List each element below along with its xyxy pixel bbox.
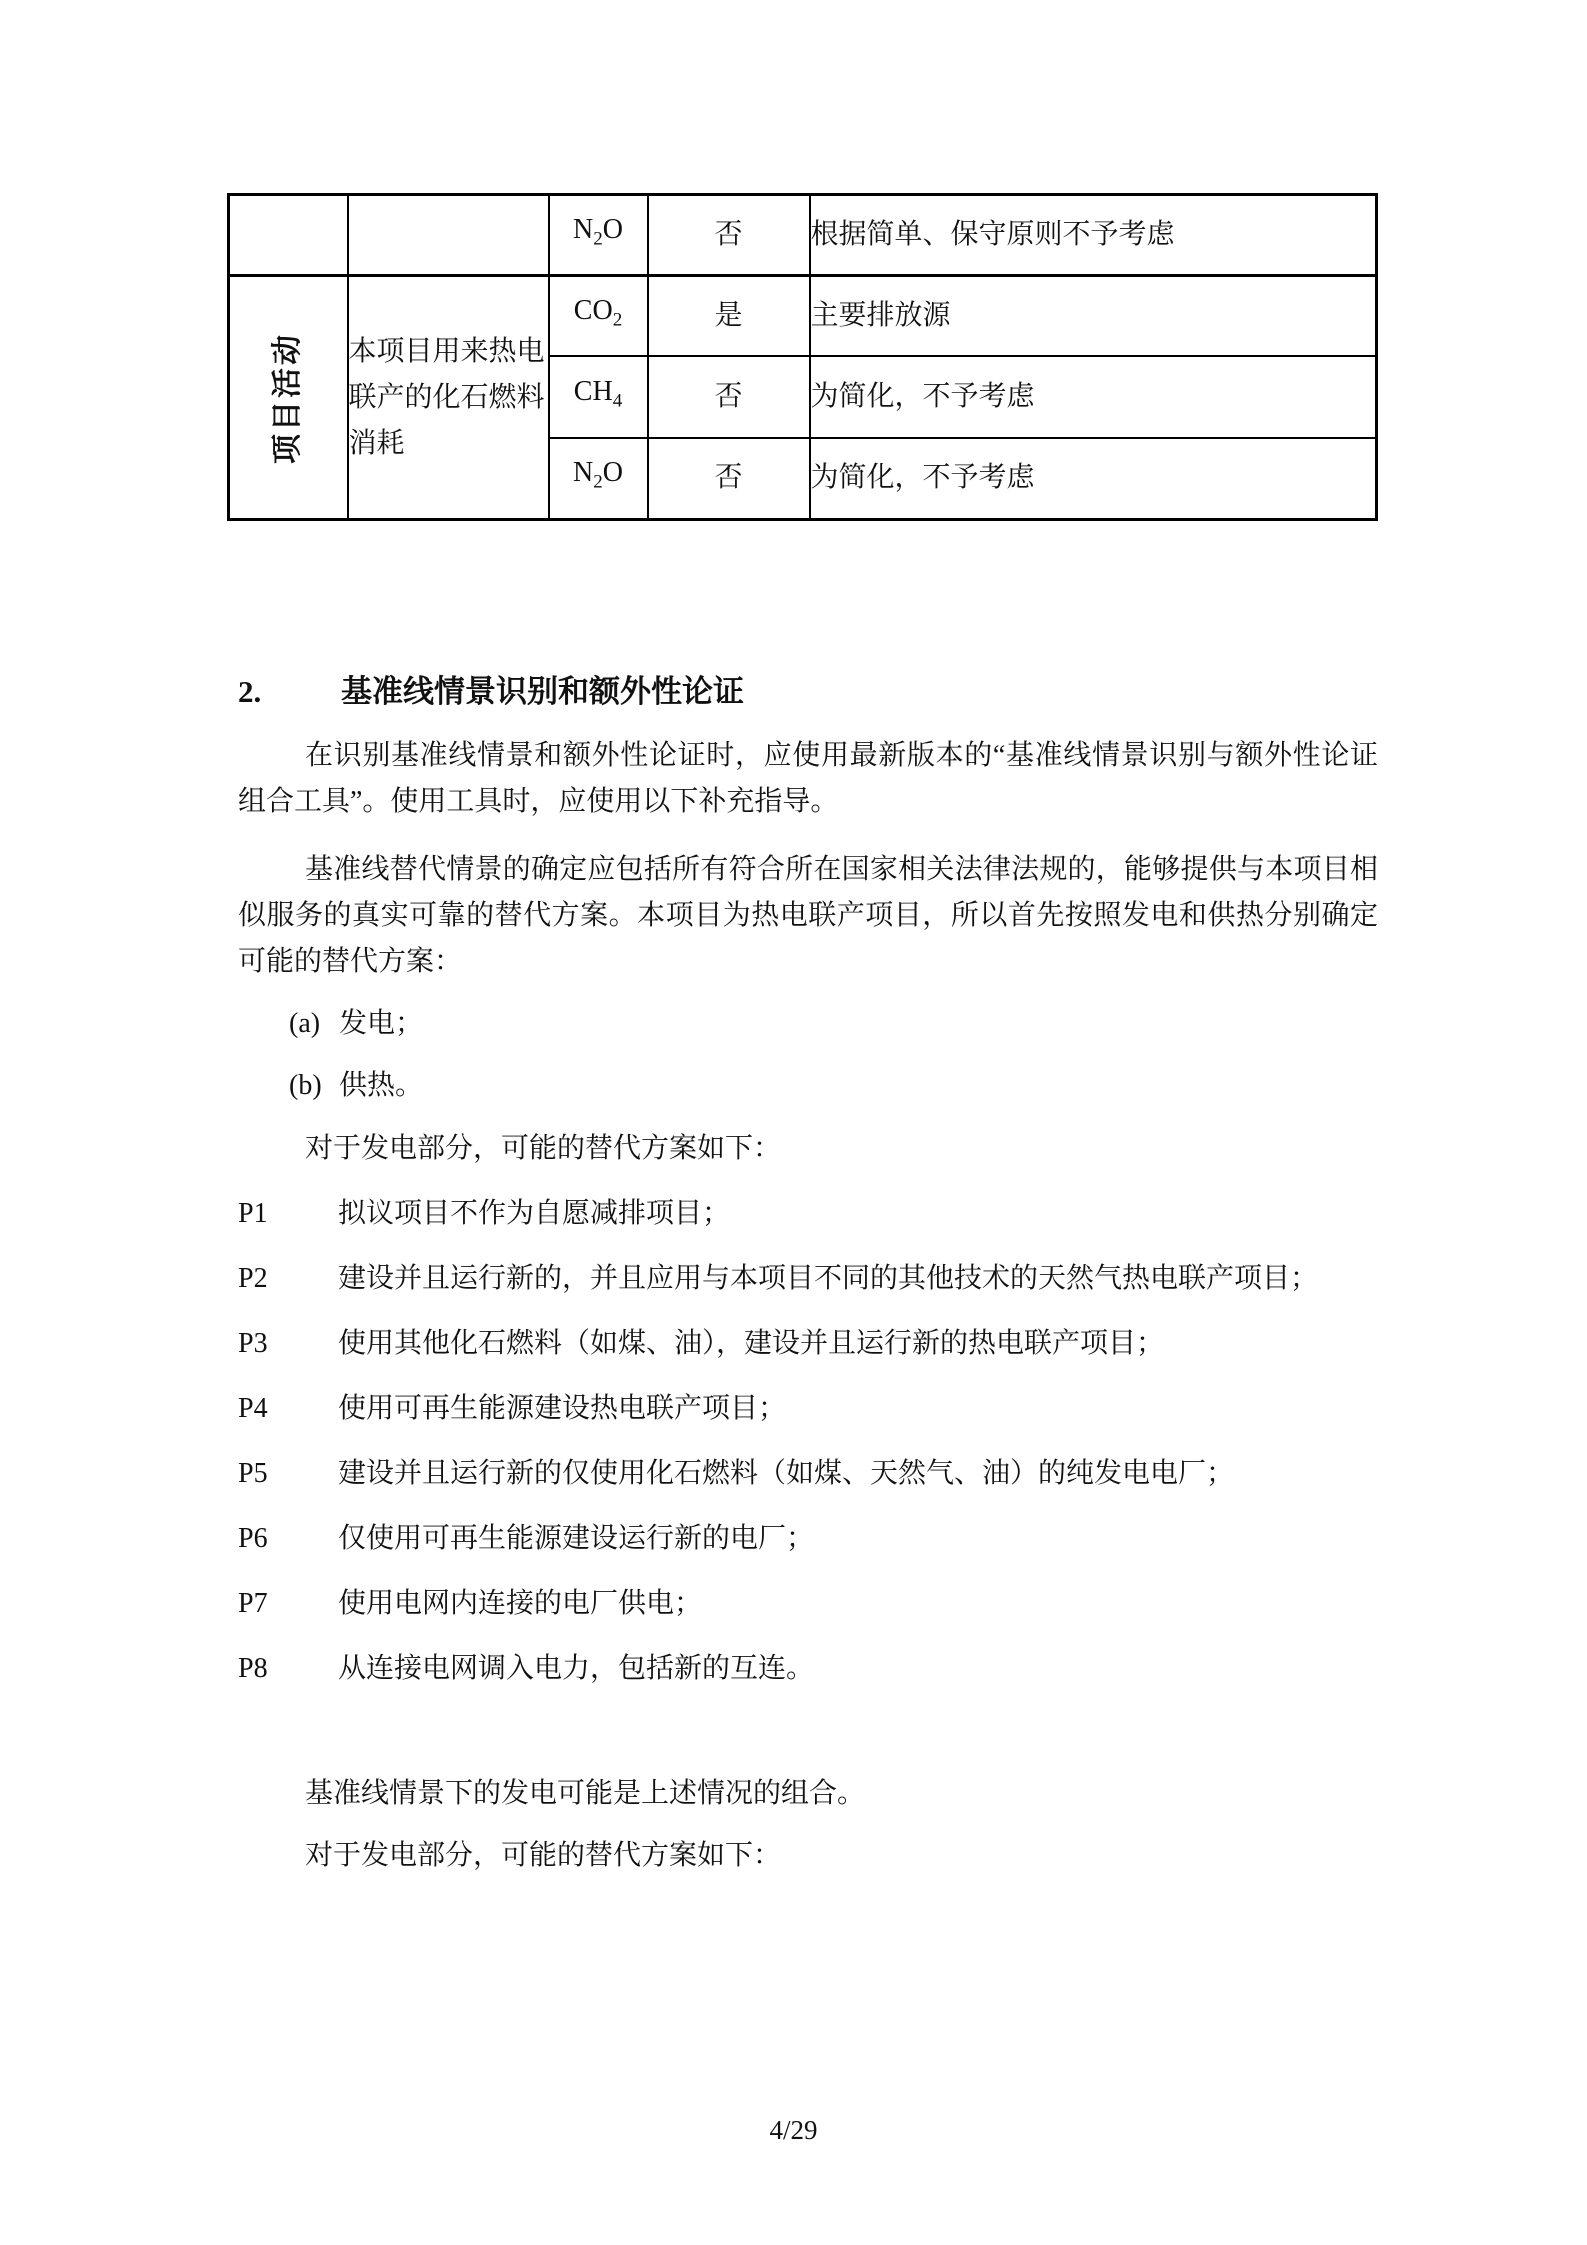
activity-group-cell: 项目活动 — [229, 276, 348, 520]
alternative-label: P5 — [238, 1451, 338, 1497]
alternative-item: P8从连接电网调入电力，包括新的互连。 — [238, 1646, 1378, 1692]
included-cell: 是 — [648, 276, 810, 356]
justification-cell: 为简化，不予考虑 — [810, 356, 1377, 438]
alternative-text: 使用可再生能源建设热电联产项目； — [338, 1393, 786, 1424]
included-cell: 否 — [648, 438, 810, 520]
alternative-item: P6仅使用可再生能源建设运行新的电厂； — [238, 1516, 1378, 1562]
gas-subscript: 2 — [613, 310, 623, 331]
alternative-text: 从连接电网调入电力，包括新的互连。 — [338, 1653, 814, 1684]
alternative-item: P3使用其他化石燃料（如煤、油），建设并且运行新的热电联产项目； — [238, 1321, 1378, 1367]
gas-cell: CO2 — [549, 276, 648, 356]
list-item: (b)供热。 — [238, 1063, 1378, 1109]
alternative-text: 拟议项目不作为自愿减排项目； — [338, 1198, 730, 1229]
alternative-text: 使用电网内连接的电厂供电； — [338, 1588, 702, 1619]
gas-subscript: 2 — [593, 229, 603, 250]
alternative-label: P3 — [238, 1321, 338, 1367]
paragraph: 对于发电部分，可能的替代方案如下： — [238, 1126, 1378, 1172]
document-body: 2.基准线情景识别和额外性论证 在识别基准线情景和额外性论证时，应使用最新版本的… — [238, 671, 1378, 1879]
alternative-label: P2 — [238, 1256, 338, 1302]
alternative-label: P8 — [238, 1646, 338, 1692]
gas-symbol-tail: O — [603, 457, 623, 488]
list-item-label: (b) — [289, 1063, 339, 1109]
gas-symbol: N — [573, 457, 593, 488]
list-item-text: 发电； — [339, 1008, 423, 1039]
section-number: 2. — [238, 671, 341, 713]
gas-symbol-tail: O — [603, 214, 623, 245]
list-item-text: 供热。 — [339, 1070, 423, 1101]
justification-cell: 主要排放源 — [810, 276, 1377, 356]
alternative-text: 使用其他化石燃料（如煤、油），建设并且运行新的热电联产项目； — [338, 1328, 1164, 1359]
table-row: N2O 否 根据简单、保守原则不予考虑 — [229, 195, 1377, 276]
paragraph: 基准线情景下的发电可能是上述情况的组合。 — [238, 1771, 1378, 1817]
paragraph: 基准线替代情景的确定应包括所有符合所在国家相关法律法规的，能够提供与本项目相似服… — [238, 847, 1378, 985]
table-row: 项目活动 本项目用来热电联产的化石燃料消耗 CO2 是 主要排放源 — [229, 276, 1377, 356]
emission-sources-table: N2O 否 根据简单、保守原则不予考虑 项目活动 本项目用来热电联产的化石燃料消… — [227, 193, 1378, 521]
justification-cell: 根据简单、保守原则不予考虑 — [810, 195, 1377, 276]
list-item: (a)发电； — [238, 1001, 1378, 1047]
section-title: 基准线情景识别和额外性论证 — [341, 674, 744, 709]
gas-subscript: 2 — [593, 472, 603, 493]
gas-cell: N2O — [549, 438, 648, 520]
alternative-text: 建设并且运行新的仅使用化石燃料（如煤、天然气、油）的纯发电电厂； — [338, 1458, 1234, 1489]
page-number: 4/29 — [0, 2108, 1587, 2152]
alternative-label: P1 — [238, 1191, 338, 1237]
gas-subscript: 4 — [613, 390, 623, 411]
gas-cell: N2O — [549, 195, 648, 276]
alternative-item: P4使用可再生能源建设热电联产项目； — [238, 1386, 1378, 1432]
alternative-label: P6 — [238, 1516, 338, 1562]
paragraph: 在识别基准线情景和额外性论证时，应使用最新版本的“基准线情景识别与额外性论证组合… — [238, 733, 1378, 825]
empty-cell — [348, 195, 549, 276]
gas-symbol: CO — [574, 295, 613, 326]
list-item-label: (a) — [289, 1001, 339, 1047]
empty-cell — [229, 195, 348, 276]
alternative-label: P4 — [238, 1386, 338, 1432]
section-heading: 2.基准线情景识别和额外性论证 — [238, 671, 1378, 713]
paragraph: 对于发电部分，可能的替代方案如下： — [238, 1833, 1378, 1879]
alternative-item: P7使用电网内连接的电厂供电； — [238, 1581, 1378, 1627]
activity-group-label: 项目活动 — [265, 332, 311, 464]
gas-symbol: CH — [574, 376, 613, 407]
alternative-item: P1拟议项目不作为自愿减排项目； — [238, 1191, 1378, 1237]
source-description-cell: 本项目用来热电联产的化石燃料消耗 — [348, 276, 549, 520]
alternative-label: P7 — [238, 1581, 338, 1627]
gas-cell: CH4 — [549, 356, 648, 438]
included-cell: 否 — [648, 356, 810, 438]
alternative-text: 仅使用可再生能源建设运行新的电厂； — [338, 1523, 814, 1554]
alternative-item: P5建设并且运行新的仅使用化石燃料（如煤、天然气、油）的纯发电电厂； — [238, 1451, 1378, 1497]
justification-cell: 为简化，不予考虑 — [810, 438, 1377, 520]
document-page: N2O 否 根据简单、保守原则不予考虑 项目活动 本项目用来热电联产的化石燃料消… — [0, 0, 1587, 2245]
alternative-item: P2建设并且运行新的，并且应用与本项目不同的其他技术的天然气热电联产项目； — [238, 1256, 1378, 1302]
included-cell: 否 — [648, 195, 810, 276]
alternative-text: 建设并且运行新的，并且应用与本项目不同的其他技术的天然气热电联产项目； — [338, 1263, 1318, 1294]
gas-symbol: N — [573, 214, 593, 245]
